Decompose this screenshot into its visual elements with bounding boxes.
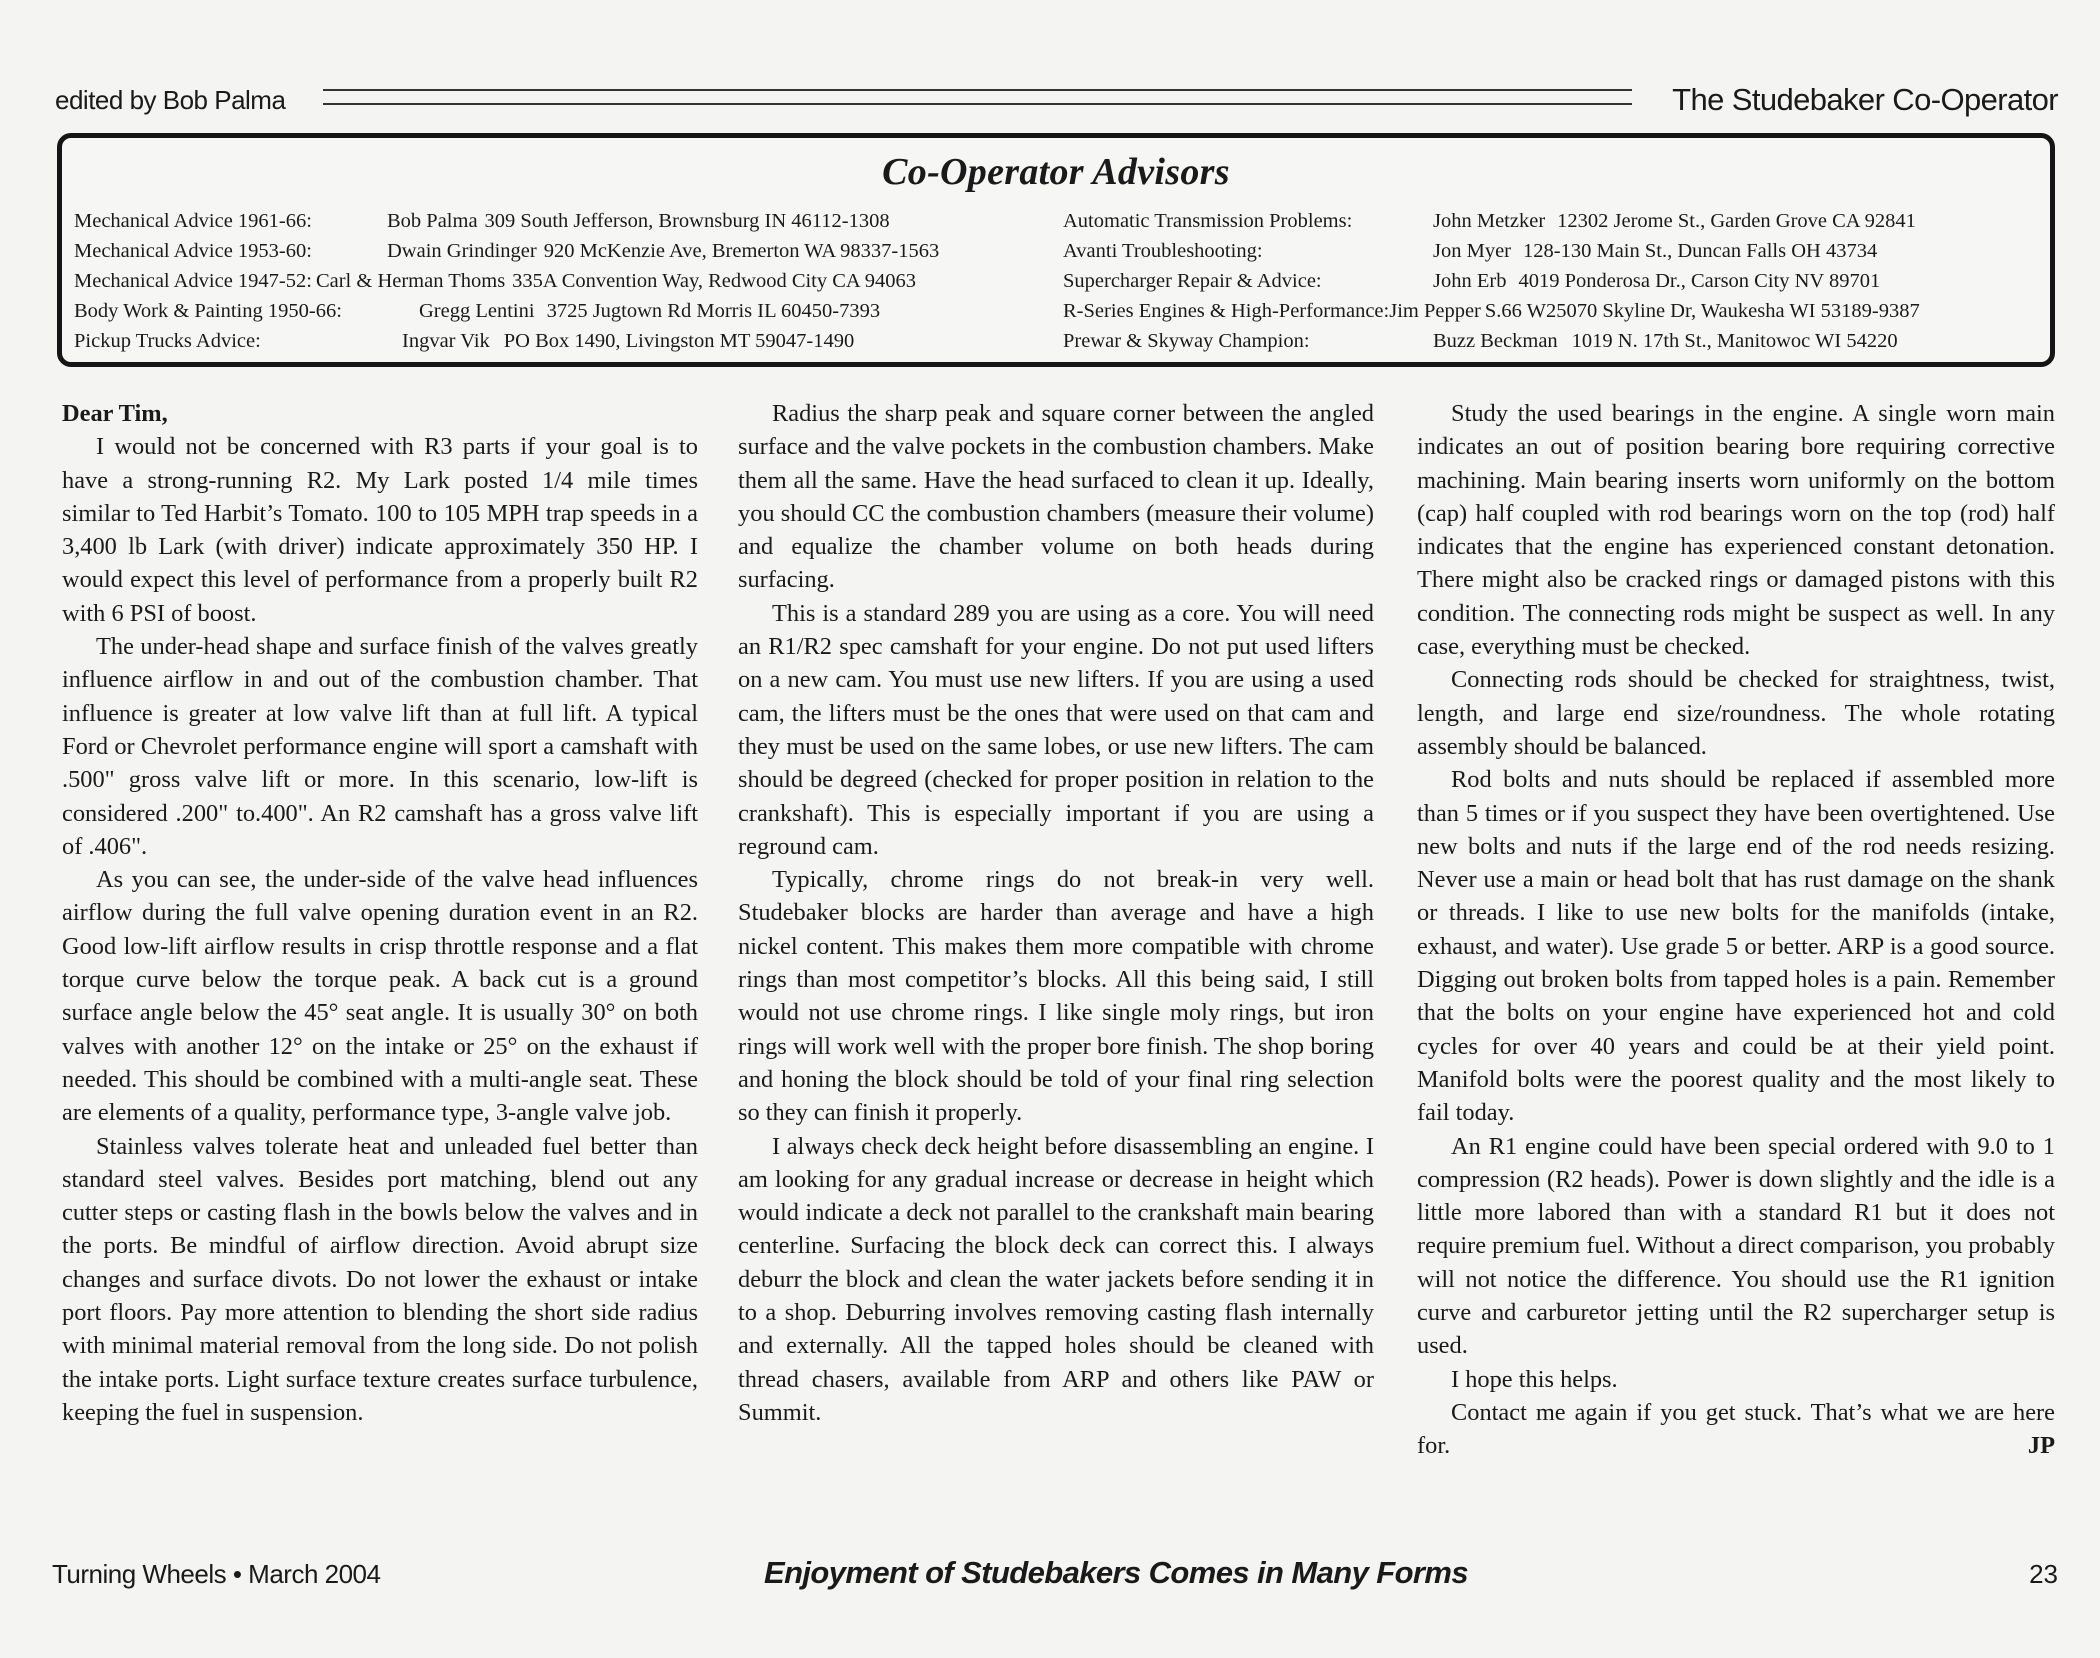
advisor-entry: Prewar & Skyway Champion:Buzz Beckman101… <box>1063 326 1920 356</box>
advisor-address: 128-130 Main St., Duncan Falls OH 43734 <box>1523 236 1877 266</box>
advisor-category: Mechanical Advice 1953-60: <box>74 236 387 266</box>
page-footer: Turning Wheels • March 2004 Enjoyment of… <box>52 1555 2058 1595</box>
advisors-box: Co-Operator Advisors Mechanical Advice 1… <box>57 133 2055 367</box>
advisor-entry: Body Work & Painting 1950-66:Gregg Lenti… <box>74 296 939 326</box>
paragraph: An R1 engine could have been special ord… <box>1417 1130 2055 1363</box>
paragraph: Connecting rods should be checked for st… <box>1417 663 2055 763</box>
advisor-name: Jim Pepper <box>1389 296 1481 326</box>
advisor-address: 12302 Jerome St., Garden Grove CA 92841 <box>1557 206 1916 236</box>
paragraph: Radius the sharp peak and square corner … <box>738 397 1374 597</box>
advisor-address: PO Box 1490, Livingston MT 59047-1490 <box>504 326 854 356</box>
paragraph: I hope this helps. <box>1417 1363 2055 1396</box>
advisor-address: 1019 N. 17th St., Manitowoc WI 54220 <box>1572 326 1898 356</box>
advisor-name: Jon Myer <box>1433 236 1511 266</box>
salutation: Dear Tim, <box>62 397 698 430</box>
advisor-name: Ingvar Vik <box>402 326 490 356</box>
paragraph: I would not be concerned with R3 parts i… <box>62 430 698 630</box>
paragraph: Study the used bearings in the engine. A… <box>1417 397 2055 663</box>
advisor-category: Prewar & Skyway Champion: <box>1063 326 1433 356</box>
advisor-category: Body Work & Painting 1950-66: <box>74 296 419 326</box>
article-column-1: Dear Tim, I would not be concerned with … <box>62 397 698 1429</box>
advisor-name: Bob Palma <box>387 206 478 236</box>
advisor-category: Supercharger Repair & Advice: <box>1063 266 1433 296</box>
advisor-address: 335A Convention Way, Redwood City CA 940… <box>512 266 916 296</box>
advisor-entry: Mechanical Advice 1953-60:Dwain Grinding… <box>74 236 939 266</box>
article-column-2: Radius the sharp peak and square corner … <box>738 397 1374 1429</box>
advisor-entry: R-Series Engines & High-Performance:Jim … <box>1063 296 1920 326</box>
publication-date: Turning Wheels • March 2004 <box>52 1559 380 1590</box>
page-number: 23 <box>2029 1559 2058 1590</box>
advisor-name: Gregg Lentini <box>419 296 535 326</box>
footer-tagline: Enjoyment of Studebakers Comes in Many F… <box>764 1555 1468 1591</box>
column-title: The Studebaker Co-Operator <box>1672 82 2058 118</box>
advisor-entry: Mechanical Advice 1961-66:Bob Palma309 S… <box>74 206 939 236</box>
advisor-name: John Metzker <box>1433 206 1545 236</box>
advisor-address: 309 South Jefferson, Brownsburg IN 46112… <box>485 206 890 236</box>
signature: JP <box>1994 1429 2055 1462</box>
advisor-address: 3725 Jugtown Rd Morris IL 60450-7393 <box>547 296 881 326</box>
advisor-entry: Mechanical Advice 1947-52:Carl & Herman … <box>74 266 939 296</box>
page-header: edited by Bob Palma The Studebaker Co-Op… <box>55 82 2058 118</box>
paragraph: Rod bolts and nuts should be replaced if… <box>1417 763 2055 1129</box>
advisor-category: Mechanical Advice 1961-66: <box>74 206 387 236</box>
paragraph: Stainless valves tolerate heat and unlea… <box>62 1130 698 1430</box>
paragraph: As you can see, the under-side of the va… <box>62 863 698 1129</box>
advisor-entry: Avanti Troubleshooting:Jon Myer128-130 M… <box>1063 236 1920 266</box>
advisor-name: John Erb <box>1433 266 1506 296</box>
advisors-title: Co-Operator Advisors <box>62 150 2050 194</box>
header-double-rule <box>323 88 1632 106</box>
advisor-category: Mechanical Advice 1947-52: <box>74 266 312 296</box>
article-column-3: Study the used bearings in the engine. A… <box>1417 397 2055 1463</box>
paragraph: Typically, chrome rings do not break-in … <box>738 863 1374 1129</box>
closing-paragraph: Contact me again if you get stuck. That’… <box>1417 1396 2055 1463</box>
advisor-category: Avanti Troubleshooting: <box>1063 236 1433 266</box>
advisor-address: 4019 Ponderosa Dr., Carson City NV 89701 <box>1518 266 1880 296</box>
advisor-entry: Supercharger Repair & Advice:John Erb401… <box>1063 266 1920 296</box>
editor-credit: edited by Bob Palma <box>55 85 285 116</box>
paragraph: This is a standard 289 you are using as … <box>738 597 1374 863</box>
advisor-address: 920 McKenzie Ave, Bremerton WA 98337-156… <box>544 236 940 266</box>
closing-text: Contact me again if you get stuck. That’… <box>1417 1399 2055 1459</box>
advisor-name: Dwain Grindinger <box>387 236 537 266</box>
advisor-entry: Pickup Trucks Advice:Ingvar VikPO Box 14… <box>74 326 939 356</box>
paragraph: The under-head shape and surface finish … <box>62 630 698 863</box>
advisor-category: Automatic Transmission Problems: <box>1063 206 1433 236</box>
paragraph: I always check deck height before disass… <box>738 1130 1374 1430</box>
advisors-left-column: Mechanical Advice 1961-66:Bob Palma309 S… <box>74 206 939 356</box>
advisor-name: Buzz Beckman <box>1433 326 1558 356</box>
advisor-name: Carl & Herman Thoms <box>316 266 505 296</box>
advisor-category: R-Series Engines & High-Performance: <box>1063 296 1389 326</box>
advisor-address: S.66 W25070 Skyline Dr, Waukesha WI 5318… <box>1485 296 1920 326</box>
advisor-entry: Automatic Transmission Problems:John Met… <box>1063 206 1920 236</box>
advisor-category: Pickup Trucks Advice: <box>74 326 402 356</box>
advisors-right-column: Automatic Transmission Problems:John Met… <box>1063 206 1920 356</box>
